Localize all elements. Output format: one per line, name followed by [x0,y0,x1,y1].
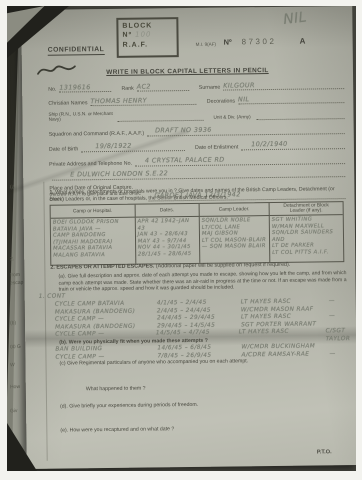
christian-names-field: THOMAS HENRY [90,96,196,106]
table-cell-camp: BOEI GLODOK PRISON BATAVIA JAVA — CAMP B… [51,218,136,265]
fragment-text: How [10,384,26,391]
serial-number-value: 87302 [242,37,277,46]
question-2-number: 2. [50,265,55,271]
camps-table: Camp or Hospital. Dates. Camp Leader. De… [50,201,345,266]
decorations-field: NIL [238,94,344,104]
squadron-command-field: DRAFT NO 3936 [147,125,345,136]
surname-label: Surname [199,85,221,91]
stamp-number-value: 100 [135,31,151,39]
nil-annotation: NIL [282,9,307,28]
page-turn-over-note: P.T.O. [317,449,332,455]
date-of-birth-field: 19/8/1922 [81,142,185,152]
form-margin-rule [43,182,47,461]
fragment-text: 00 G [10,344,26,351]
private-address-field-line1: 4 CRYSTAL PALACE RD [135,155,345,167]
field-row: Date of Birth 19/8/1922 Date of Enlistme… [49,140,345,153]
field-row: Christian Names THOMAS HENRY Decorations… [48,94,344,107]
form-header: CONFIDENTIAL BLOCK Nº 100 R.A.F. M.I. 9(… [21,6,353,82]
camps-table-body: BOEI GLODOK PRISON BATAVIA JAVA — CAMP B… [51,215,344,265]
column-header: Camp or Hospital. [51,205,136,219]
field-row: No. 1319616 Rank AC2 Surname KILGOUR [48,80,344,93]
field-row: Private Address and Telephone No. 4 CRYS… [49,155,345,168]
surname-field: KILGOUR [223,80,344,90]
serial-number-label: Nº [224,37,232,46]
fragment-text: (b) [10,320,26,327]
no-label: No. [48,87,56,93]
private-address-label: Private Address and Telephone No. [49,160,132,167]
column-header: Camp Leader. [199,203,269,217]
stamp-line: R.A.F. [123,40,173,50]
fragment-text: W [10,362,26,369]
camps-continuation-list: CYCLE CAMP BATAVIA4/1/45 – 2/4/45LT HAYE… [55,298,351,362]
ship-label: Ship (R.N., U.S.N. or Merchant Navy) [48,111,114,123]
table-cell-detachment: SGT WHITING W/MAN MAXWELL SQN/LDR SAUNDE… [270,215,344,262]
field-row: E DULWICH LONDON S.E.22 [49,168,345,181]
rank-field: AC2 [137,82,189,92]
private-address-field-line2: E DULWICH LONDON S.E.22 [52,168,345,181]
question-2e-text: (e). How were you recaptured and on what… [60,426,174,433]
unit-div-field [256,110,344,120]
questionnaire-form-page: CONFIDENTIAL BLOCK Nº 100 R.A.F. M.I. 9(… [21,6,356,469]
question-1-number: 1. [49,190,53,196]
confidential-stamp: CONFIDENTIAL [48,46,105,56]
date-of-enlistment-field: 10/2/1940 [241,140,345,150]
rank-label: Rank [121,86,133,92]
mi9-reference: M.I. 9(AF) [196,42,216,47]
question-2d-text: (d). Give briefly your experiences durin… [60,402,198,410]
field-row: Squadron and Command (R.A.F., A.A.F.) DR… [49,125,345,138]
field-row: Ship (R.N., U.S.N. or Merchant Navy) Uni… [48,108,344,122]
ship-field [117,112,203,122]
question-2a-text: (a). Give full description and approx. d… [58,270,346,294]
column-header: Dates. [135,204,199,218]
date-of-enlistment-label: Date of Enlistment [195,144,238,151]
question-2c-followup: What happened to them ? [86,386,146,393]
no-field: 1319616 [59,83,111,93]
serial-suffix: A [300,37,306,46]
decorations-label: Decorations [207,98,235,104]
question-2c-text: (c) Give Regimental particulars of anyon… [59,358,248,366]
fragment-text: Giv [10,408,26,415]
squadron-command-label: Squadron and Command (R.A.F., A.A.F.) [49,130,144,137]
unit-div-label: Unit & Div. (Army) [214,115,254,121]
date-of-birth-label: Date of Birth [49,146,79,152]
block-number-stamp: BLOCK Nº 100 R.A.F. [116,17,178,58]
christian-names-label: Christian Names [48,100,87,107]
photo-backdrop: (a 2. from escap (b) 00 G W How Giv (c) … [7,6,356,471]
personal-details-section: No. 1319616 Rank AC2 Surname KILGOUR Chr… [48,78,345,202]
table-cell-leader: SQN/LDR NOBLE LT/COL LANE MAJ GIBSON LT … [200,216,271,263]
continuation-note: 1. CONT [39,294,66,300]
table-cell-dates: APR 42 1942–JAN 43 JAN 43 – 28/6/43 MAY … [135,217,200,264]
column-header: Detachment or Block Leader (if any). [270,202,343,216]
